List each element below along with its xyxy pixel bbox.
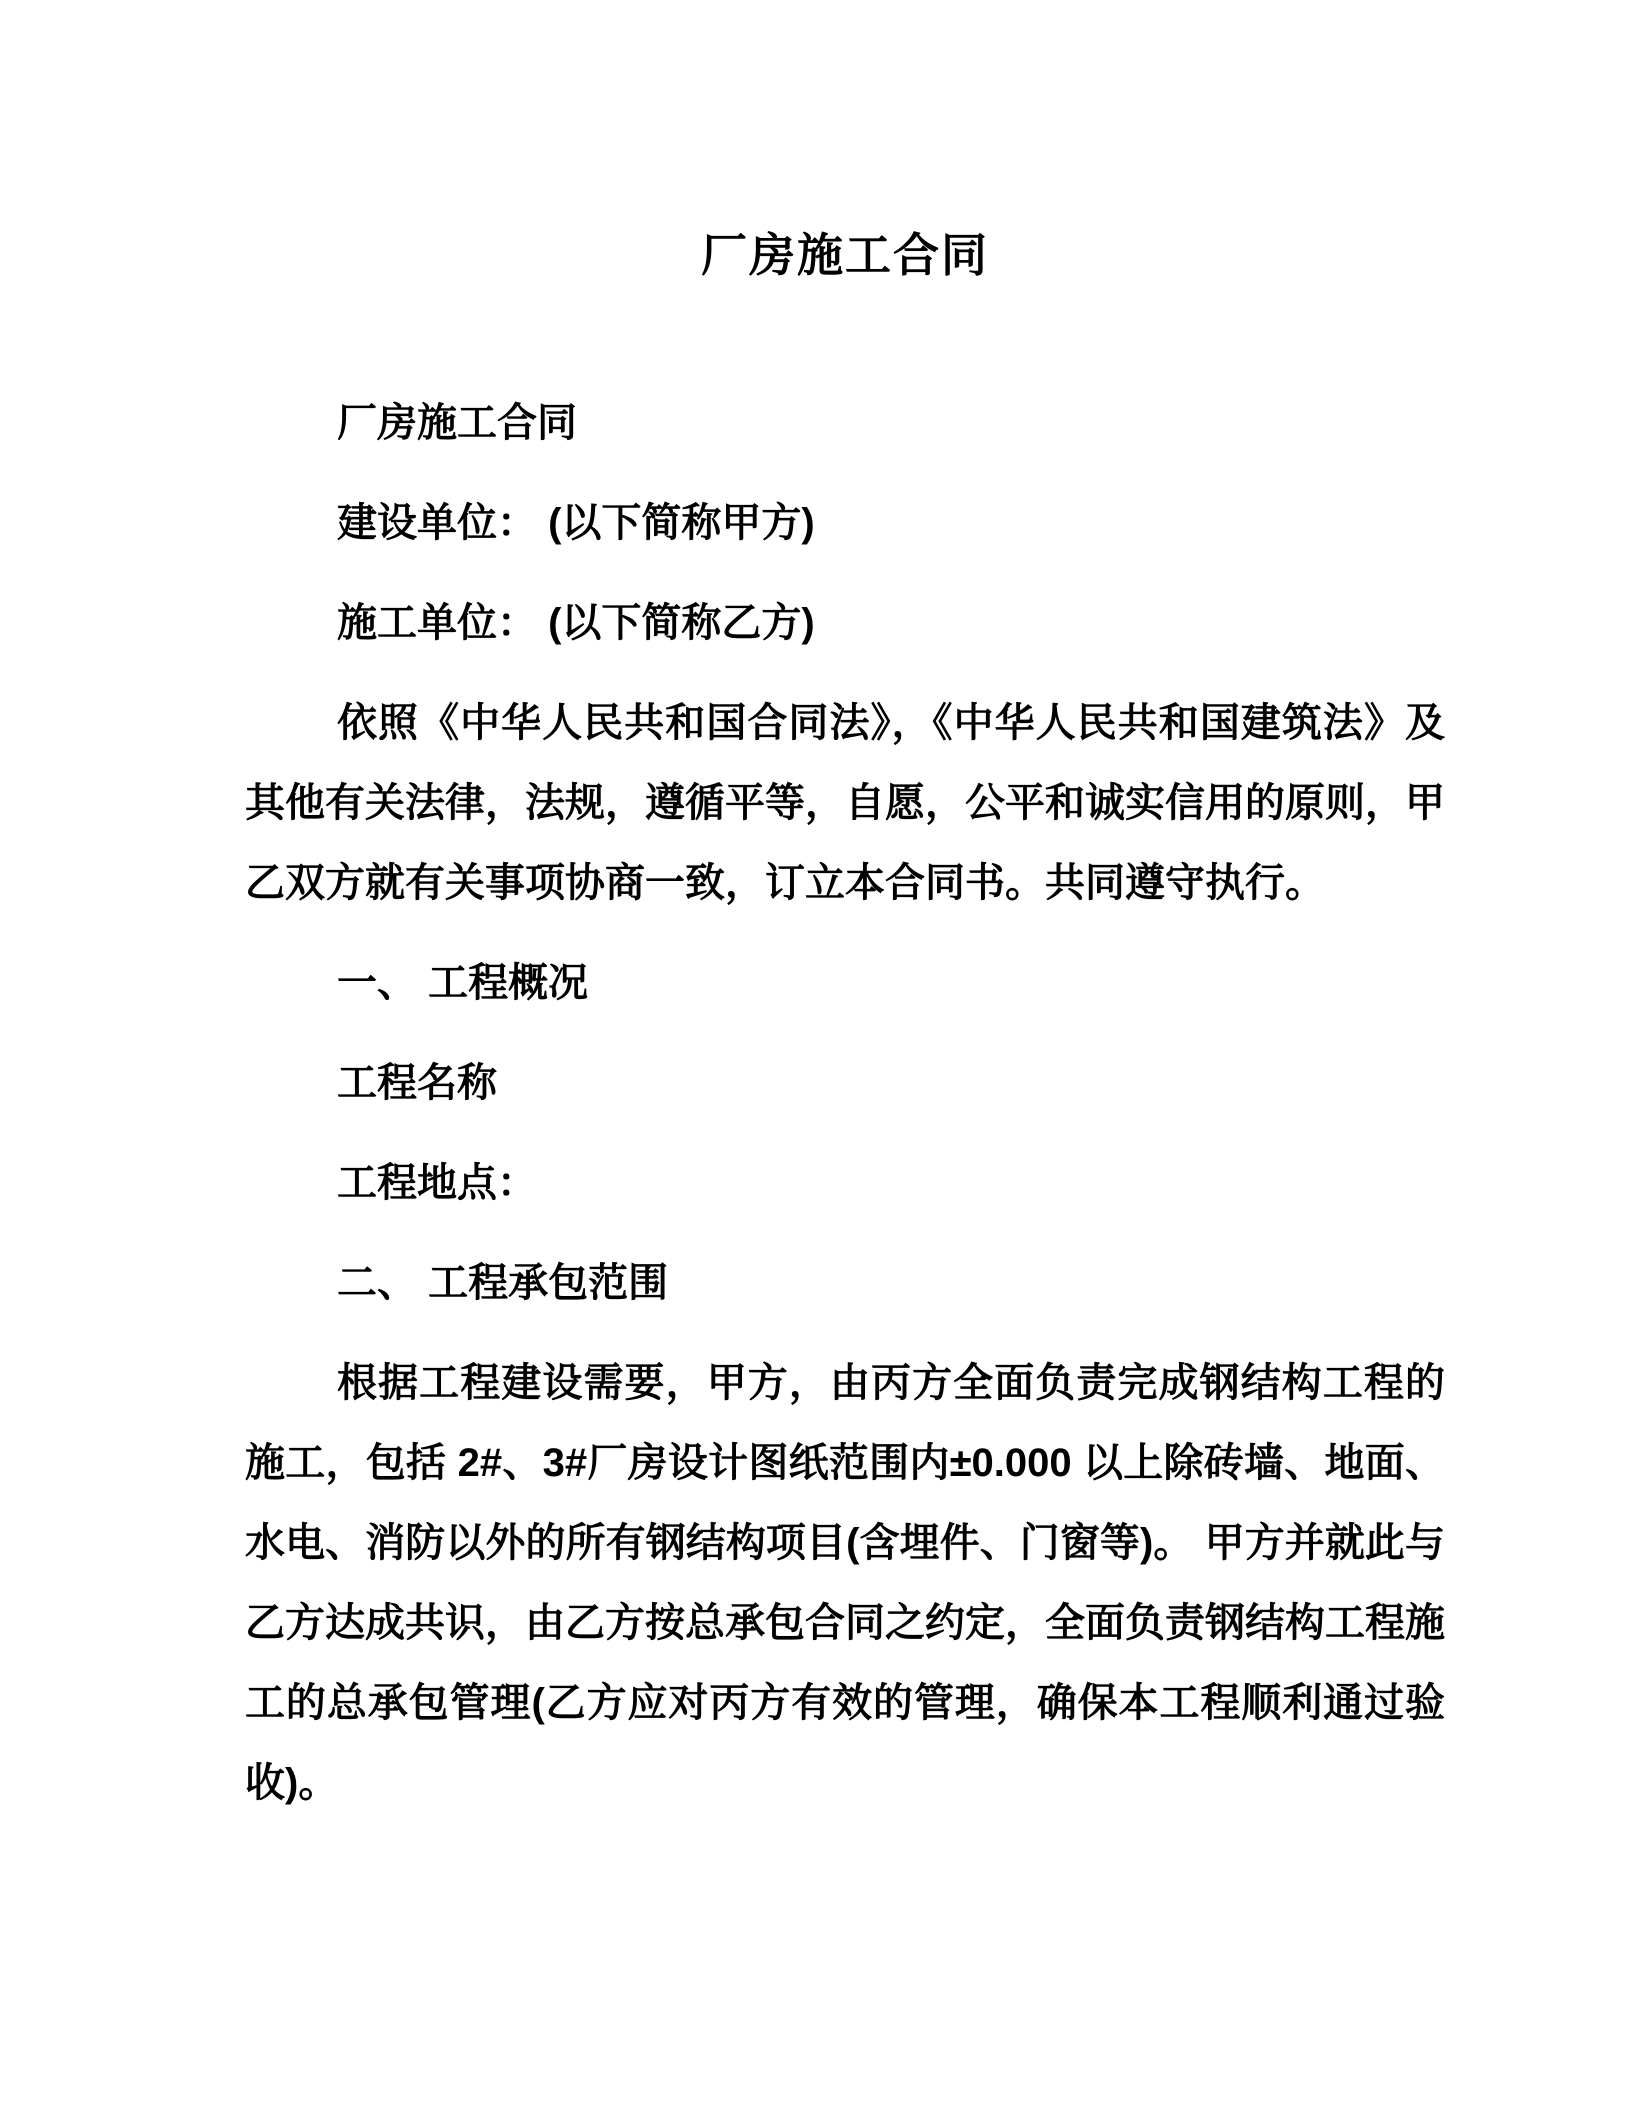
paragraph-builder-unit-party-b: 施工单位： (以下简称乙方): [245, 583, 1445, 663]
paragraph-legal-preamble: 依照《中华人民共和国合同法》，《中华人民共和国建筑法》及其他有关法律，法规，遵循…: [245, 683, 1445, 923]
paragraph-project-name: 工程名称: [245, 1043, 1445, 1123]
paragraph-contract-subtitle: 厂房施工合同: [245, 383, 1445, 463]
paragraph-contract-scope-body: 根据工程建设需要，甲方，由丙方全面负责完成钢结构工程的施工，包括 2#、3#厂房…: [245, 1343, 1445, 1823]
paragraph-construction-unit-party-a: 建设单位： (以下简称甲方): [245, 483, 1445, 563]
section-heading-project-overview: 一、 工程概况: [245, 943, 1445, 1023]
document-title: 厂房施工合同: [245, 225, 1445, 285]
paragraph-project-location: 工程地点：: [245, 1143, 1445, 1223]
document-page: 厂房施工合同 厂房施工合同 建设单位： (以下简称甲方) 施工单位： (以下简称…: [0, 0, 1632, 2112]
section-heading-contract-scope: 二、 工程承包范围: [245, 1243, 1445, 1323]
